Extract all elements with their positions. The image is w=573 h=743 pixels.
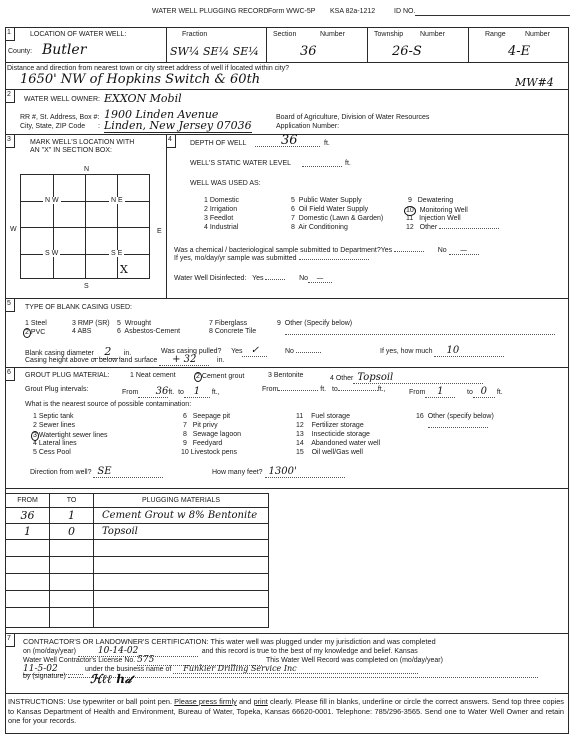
- casing-option-7[interactable]: 7 Fiberglass: [209, 320, 247, 327]
- divider: [5, 488, 569, 489]
- section-2-number: 2: [5, 89, 15, 103]
- grout-option-4[interactable]: 4 OtherTopsoil: [330, 372, 483, 384]
- divider: [5, 89, 569, 90]
- township-number-label: Number: [420, 31, 445, 38]
- column-header-materials: PLUGGING MATERIALS: [94, 494, 269, 508]
- static-level-unit: ft.: [345, 160, 351, 167]
- grid-line: [117, 175, 118, 278]
- interval-1-to[interactable]: 1: [184, 386, 210, 398]
- casing-option-8[interactable]: 8 Concrete Tile: [209, 328, 256, 335]
- selected-circle: 2: [23, 328, 31, 338]
- grout-other-field[interactable]: Topsoil: [353, 372, 483, 384]
- range-field[interactable]: 4-E: [508, 44, 530, 59]
- section-6-number: 6: [5, 367, 15, 381]
- source-option-6[interactable]: 6 Seepage pit: [183, 413, 230, 420]
- divider: [166, 134, 167, 298]
- grid-line: [21, 227, 149, 228]
- row-from[interactable]: [6, 557, 50, 574]
- signature-scribble: ℋℓℓ ℎ𝒹: [90, 672, 131, 687]
- casing-other-field[interactable]: [285, 334, 555, 335]
- casing-option-3[interactable]: 3 RMP (SR): [72, 320, 110, 327]
- grid-line: [21, 254, 149, 255]
- source-option-13[interactable]: 13 Insecticide storage: [296, 431, 370, 438]
- feet-label: How many feet? 1300': [212, 466, 345, 478]
- casing-option-2-selected[interactable]: 2PVC: [23, 328, 45, 338]
- other-use-field[interactable]: [439, 228, 499, 229]
- row-from[interactable]: [6, 591, 50, 608]
- table-row: [6, 574, 269, 591]
- section-number-label: Number: [320, 31, 345, 38]
- row-from[interactable]: [6, 574, 50, 591]
- grout-option-3[interactable]: 3 Bentonite: [268, 372, 303, 379]
- source-option-5[interactable]: 5 Cess Pool: [33, 449, 71, 456]
- row-to[interactable]: 1: [50, 508, 94, 524]
- sample-yes-field[interactable]: [394, 251, 424, 252]
- source-other-field[interactable]: [428, 427, 488, 428]
- source-option-15[interactable]: 15 Oil well/Gas well: [296, 449, 363, 456]
- row-from[interactable]: 1: [6, 524, 50, 540]
- row-material[interactable]: [94, 557, 269, 574]
- distance-label: Distance and direction from nearest town…: [7, 65, 289, 72]
- section-field[interactable]: 36: [300, 44, 317, 59]
- source-option-8[interactable]: 8 Sewage lagoon: [183, 431, 241, 438]
- row-material[interactable]: Cement Grout w 8% Bentonite: [94, 508, 269, 524]
- range-label: Range: [485, 31, 506, 38]
- feet-field[interactable]: 1300': [265, 466, 345, 478]
- disinfected-yes-field[interactable]: [265, 279, 285, 280]
- row-material[interactable]: Topsoil: [94, 524, 269, 540]
- divider: [266, 27, 267, 62]
- table-row: 1 0 Topsoil: [6, 524, 269, 540]
- id-label: ID NO.: [394, 8, 415, 15]
- city-label: City, State, ZIP Code: [20, 123, 85, 130]
- signature-field[interactable]: [68, 677, 538, 678]
- use-option-5[interactable]: 5 Public Water Supply: [291, 197, 362, 204]
- grout-title: GROUT PLUG MATERIAL:: [25, 372, 110, 379]
- interval-1: From36ft. to1 ft.,: [122, 386, 220, 398]
- use-option-1[interactable]: 1 Domestic: [204, 197, 239, 204]
- table-row: 36 1 Cement Grout w 8% Bentonite: [6, 508, 269, 524]
- use-option-9[interactable]: 9 Dewatering: [408, 197, 453, 204]
- row-to[interactable]: [50, 540, 94, 557]
- quadrant-se: S E: [109, 250, 124, 257]
- used-as-label: WELL WAS USED AS:: [190, 180, 261, 187]
- depth-unit: ft.: [324, 140, 330, 147]
- divider: [5, 298, 569, 299]
- township-field[interactable]: 26-S: [392, 44, 422, 59]
- row-material[interactable]: [94, 574, 269, 591]
- table-row: [6, 608, 269, 628]
- direction-label: Direction from well? SE: [30, 466, 163, 478]
- quadrant-nw: N W: [43, 197, 61, 204]
- section-5-number: 5: [5, 298, 15, 312]
- source-option-7[interactable]: 7 Pit privy: [183, 422, 218, 429]
- row-material[interactable]: [94, 591, 269, 608]
- how-much-label: If yes, how much 10: [380, 345, 504, 357]
- grid-line: [21, 201, 149, 202]
- divider: [5, 367, 569, 368]
- sample-question: Was a chemical / bacteriological sample …: [174, 246, 479, 255]
- range-number-label: Number: [525, 31, 550, 38]
- depth-field[interactable]: 36: [281, 133, 298, 148]
- source-option-10[interactable]: 10 Livestock pens: [181, 449, 237, 456]
- use-option-7[interactable]: 7 Domestic (Lawn & Garden): [291, 215, 383, 222]
- divider: [5, 62, 569, 63]
- static-level-field[interactable]: [302, 166, 342, 167]
- compass-east: E: [157, 228, 162, 235]
- county-label: County:: [8, 48, 32, 55]
- use-option-3[interactable]: 3 Feedlot: [204, 215, 233, 222]
- disinfected-label: Water Well Disinfected: Yes No—: [174, 274, 332, 283]
- section-box-title-2: AN "X" IN SECTION BOX:: [30, 147, 112, 154]
- certification-line-1: CONTRACTOR'S OR LANDOWNER'S CERTIFICATIO…: [23, 637, 436, 646]
- contamination-label: What is the nearest source of possible c…: [25, 401, 191, 408]
- distance-field[interactable]: 1650' NW of Hopkins Switch & 60th: [20, 72, 260, 87]
- fraction-field[interactable]: SW¼ SE¼ SE¼: [170, 45, 259, 58]
- statute-ref: KSA 82a-1212: [330, 8, 375, 15]
- interval-1-from[interactable]: 36: [138, 386, 168, 398]
- board-label: Board of Agriculture, Division of Water …: [276, 114, 429, 121]
- divider: [5, 633, 569, 634]
- divider: [5, 693, 569, 694]
- address-label: RR #, St. Address, Box #:: [20, 114, 99, 121]
- section-label: Section: [273, 31, 296, 38]
- row-material[interactable]: [94, 540, 269, 557]
- table-row: [6, 557, 269, 574]
- section-7-number: 7: [5, 633, 15, 647]
- column-header-from: FROM: [6, 494, 50, 508]
- application-label: Application Number:: [276, 123, 339, 130]
- casing-option-4[interactable]: 4 ABS: [72, 328, 91, 335]
- direction-field[interactable]: SE: [93, 466, 163, 478]
- sample-no-field[interactable]: —: [449, 246, 479, 255]
- section-grid[interactable]: N W N E S W S E X: [20, 174, 150, 279]
- row-from[interactable]: 36: [6, 508, 50, 524]
- casing-option-1[interactable]: 1 Steel: [25, 320, 47, 327]
- interval-2-to[interactable]: [338, 390, 378, 391]
- grout-option-1[interactable]: 1 Neat cement: [130, 372, 176, 379]
- use-option-8[interactable]: 8 Air Conditioning: [291, 224, 348, 231]
- source-option-14[interactable]: 14 Abandoned water well: [296, 440, 380, 447]
- location-title: LOCATION OF WATER WELL:: [30, 31, 126, 38]
- how-much-field[interactable]: 10: [434, 345, 504, 357]
- row-to[interactable]: 0: [50, 524, 94, 540]
- static-level-label: WELL'S STATIC WATER LEVEL: [190, 160, 291, 167]
- interval-3: From1 to0 ft.: [409, 386, 503, 398]
- table-row: [6, 591, 269, 608]
- city-field[interactable]: Linden, New Jersey 07036: [104, 119, 252, 133]
- interval-3-from[interactable]: 1: [425, 386, 455, 398]
- interval-2: From ft. toft.,: [262, 386, 386, 393]
- sample-date-field[interactable]: [299, 259, 369, 260]
- county-field[interactable]: Butler: [42, 42, 86, 58]
- row-from[interactable]: [6, 540, 50, 557]
- owner-field[interactable]: EXXON Mobil: [104, 92, 182, 105]
- use-option-2[interactable]: 2 Irrigation: [204, 206, 237, 213]
- source-option-4[interactable]: 4 Lateral lines: [33, 440, 77, 447]
- casing-option-6[interactable]: 6 Asbestos-Cement: [117, 328, 180, 335]
- casing-option-9[interactable]: 9 Other (Specify below): [277, 320, 352, 327]
- row-to[interactable]: [50, 608, 94, 628]
- source-option-1[interactable]: 1 Septic tank: [33, 413, 74, 420]
- grid-line: [53, 175, 54, 278]
- compass-south: S: [84, 283, 89, 290]
- row-to[interactable]: [50, 574, 94, 591]
- row-from[interactable]: [6, 608, 50, 628]
- casing-title: TYPE OF BLANK CASING USED:: [25, 304, 132, 311]
- column-header-to: TO: [50, 494, 94, 508]
- divider: [367, 27, 368, 62]
- section-1-number: 1: [5, 27, 15, 41]
- form-title: WATER WELL PLUGGING RECORD: [152, 8, 268, 15]
- source-option-12[interactable]: 12 Fertilizer storage: [296, 422, 364, 429]
- section-box-title-1: MARK WELL'S LOCATION WITH: [30, 139, 134, 146]
- sample-date-label: If yes, mo/day/yr sample was submitted: [174, 255, 369, 262]
- table-row: [6, 540, 269, 557]
- section-4-number: 4: [166, 134, 176, 148]
- row-to[interactable]: [50, 557, 94, 574]
- plugging-materials-table: FROM TO PLUGGING MATERIALS 36 1 Cement G…: [5, 493, 269, 628]
- compass-west: W: [10, 226, 17, 233]
- disinfected-no-field[interactable]: —: [308, 274, 332, 283]
- grout-option-2-selected[interactable]: 2Cement grout: [194, 372, 244, 382]
- owner-label: WATER WELL OWNER:: [24, 96, 100, 103]
- row-material[interactable]: [94, 608, 269, 628]
- quadrant-sw: S W: [43, 250, 60, 257]
- city-separator: :: [98, 123, 100, 130]
- well-id-annotation: MW#4: [515, 76, 554, 89]
- height-field[interactable]: + 32: [159, 354, 209, 366]
- use-option-12[interactable]: 12 Other: [406, 224, 499, 231]
- section-3-number: 3: [5, 134, 15, 148]
- pulled-no-field[interactable]: [296, 352, 321, 353]
- interval-2-from[interactable]: [278, 390, 318, 391]
- source-option-11[interactable]: 11 Fuel storage: [296, 413, 350, 420]
- pulled-yes-field[interactable]: ✓: [242, 345, 267, 357]
- row-to[interactable]: [50, 591, 94, 608]
- well-location-mark: X: [120, 263, 128, 276]
- divider: [166, 27, 167, 62]
- interval-3-to[interactable]: 0: [473, 386, 495, 398]
- divider: [468, 27, 469, 62]
- source-option-2[interactable]: 2 Sewer lines: [33, 422, 75, 429]
- selected-circle: 2: [194, 372, 202, 382]
- height-label: Casing height above or below land surfac…: [25, 354, 224, 366]
- form-number: Form WWC-5P: [268, 8, 315, 15]
- compass-north: N: [84, 166, 89, 173]
- use-option-11[interactable]: 11 Injection Well: [406, 215, 461, 222]
- use-option-6[interactable]: 6 Oil Field Water Supply: [291, 206, 368, 213]
- use-option-4[interactable]: 4 Industrial: [204, 224, 238, 231]
- source-option-16[interactable]: 16 Other (specify below): [416, 413, 494, 420]
- instructions: INSTRUCTIONS: Use typewriter or ball poi…: [8, 697, 564, 726]
- casing-option-5[interactable]: 5 Wrought: [117, 320, 151, 327]
- id-field[interactable]: [415, 15, 570, 16]
- fraction-label: Fraction: [182, 31, 207, 38]
- depth-label: DEPTH OF WELL: [190, 140, 246, 147]
- quadrant-ne: N E: [109, 197, 125, 204]
- intervals-label: Grout Plug intervals:: [25, 386, 88, 393]
- township-label: Township: [374, 31, 403, 38]
- source-option-9[interactable]: 9 Feedyard: [183, 440, 222, 447]
